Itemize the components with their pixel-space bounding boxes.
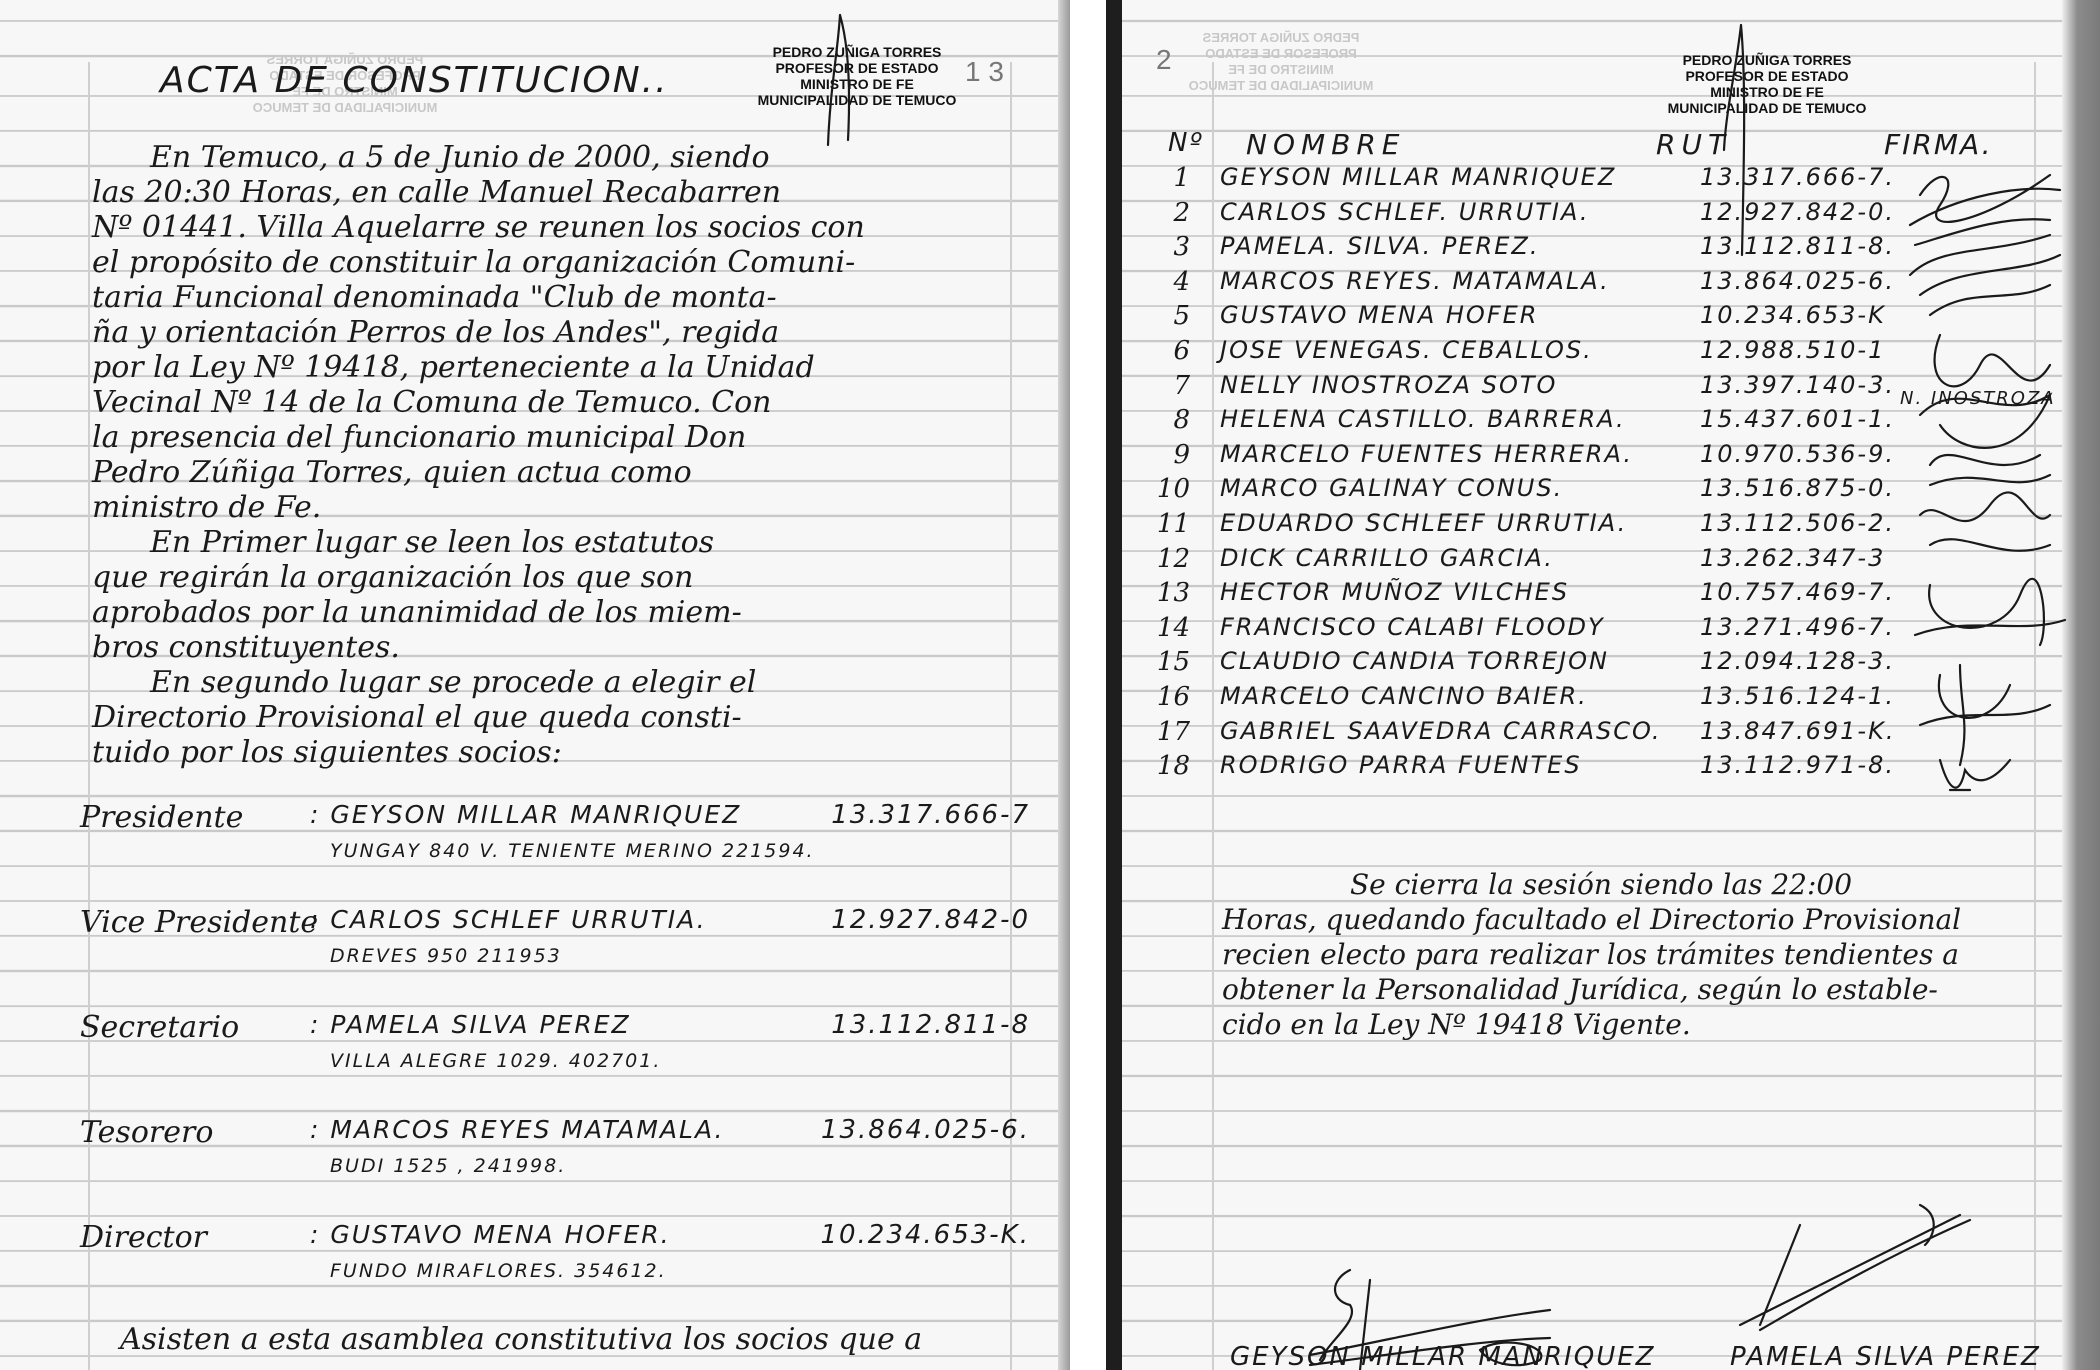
officer-address: DREVES 950 211953	[330, 945, 562, 967]
member-name: MARCO GALINAY CONUS.	[1220, 474, 1563, 502]
member-rut: 13.397.140-3.	[1700, 371, 1895, 399]
column-header-number: Nº	[1168, 128, 1204, 158]
member-rut: 13.271.496-7.	[1700, 613, 1895, 641]
signature-name-text: N. INOSTROZA	[1900, 388, 2056, 409]
paragraph-line: taria Funcional denominada "Club de mont…	[92, 280, 777, 315]
member-number: 4	[1140, 267, 1190, 297]
signature-pamela-silva	[1720, 1195, 1980, 1335]
stamp-line: PEDRO ZUÑIGA TORRES	[1652, 52, 1882, 68]
member-rut: 10.234.653-K	[1700, 301, 1886, 329]
member-name: GEYSON MILLAR MANRIQUEZ	[1220, 163, 1616, 191]
signatory-name: PAMELA SILVA PEREZ	[1730, 1342, 2041, 1370]
member-name: GUSTAVO MENA HOFER	[1220, 301, 1538, 329]
page-marks: 1 3	[965, 56, 1004, 88]
paragraph-line: Se cierra la sesión siendo las 22:00	[1350, 868, 1852, 901]
stamp-line: PROFESOR DE ESTADO	[1652, 68, 1882, 84]
paragraph-line: recien electo para realizar los trámites…	[1222, 938, 1959, 971]
member-number: 1	[1140, 163, 1190, 193]
paragraph-line: bros constituyentes.	[92, 630, 400, 665]
officer-rut: 13.864.025-6.	[821, 1115, 1030, 1145]
member-number: 6	[1140, 336, 1190, 366]
member-rut: 13.847.691-K.	[1700, 717, 1895, 745]
signatory-name: GEYSON MILLAR MANRIQUEZ	[1230, 1342, 1655, 1370]
paragraph-line: tuido por los siguientes socios:	[92, 735, 562, 770]
member-name: CARLOS SCHLEF. URRUTIA.	[1220, 198, 1590, 226]
member-rut: 10.970.536-9.	[1700, 440, 1895, 468]
member-number: 15	[1140, 647, 1190, 677]
officer-address: BUDI 1525 , 241998.	[330, 1155, 566, 1177]
column-header-signature: FIRMA.	[1884, 128, 1993, 161]
member-rut: 13.112.811-8.	[1700, 232, 1895, 260]
margin-line-right	[1010, 62, 1012, 1370]
member-name: HECTOR MUÑOZ VILCHES	[1220, 578, 1569, 606]
paragraph-line: por la Ley Nº 19418, perteneciente a la …	[92, 350, 815, 385]
member-rut: 13.516.124-1.	[1700, 682, 1895, 710]
officer-address: FUNDO MIRAFLORES. 354612.	[330, 1260, 667, 1282]
member-name: PAMELA. SILVA. PEREZ.	[1220, 232, 1539, 260]
paragraph-line: En segundo lugar se procede a elegir el	[150, 665, 756, 700]
member-name: MARCELO CANCINO BAIER.	[1220, 682, 1588, 710]
paragraph-line: Horas, quedando facultado el Directorio …	[1222, 903, 1961, 936]
member-name: MARCELO FUENTES HERRERA.	[1220, 440, 1633, 468]
closing-line: Asisten a esta asamblea constitutiva los…	[120, 1322, 922, 1357]
member-rut: 10.757.469-7.	[1700, 578, 1895, 606]
member-number: 17	[1140, 717, 1190, 747]
officer-role: Presidente	[80, 800, 243, 835]
paragraph-line: En Temuco, a 5 de Junio de 2000, siendo	[150, 140, 770, 175]
stamp-line: MUNICIPALIDAD DE TEMUCO	[1652, 100, 1882, 116]
paragraph-line: Pedro Zúñiga Torres, quien actua como	[92, 455, 692, 490]
member-rut: 13.516.875-0.	[1700, 474, 1895, 502]
officer-name: : GEYSON MILLAR MANRIQUEZ	[310, 800, 741, 829]
member-name: JOSE VENEGAS. CEBALLOS.	[1220, 336, 1593, 364]
officer-role: Tesorero	[80, 1115, 213, 1150]
officer-name: : CARLOS SCHLEF URRUTIA.	[310, 905, 707, 934]
member-number: 13	[1140, 578, 1190, 608]
member-number: 8	[1140, 405, 1190, 435]
member-name: GABRIEL SAAVEDRA CARRASCO.	[1220, 717, 1662, 745]
member-name: MARCOS REYES. MATAMALA.	[1220, 267, 1610, 295]
member-number: 16	[1140, 682, 1190, 712]
member-rut: 13.262.347-3	[1700, 544, 1885, 572]
member-rut: 13.864.025-6.	[1700, 267, 1895, 295]
member-name: DICK CARRILLO GARCIA.	[1220, 544, 1554, 572]
officer-name: : MARCOS REYES MATAMALA.	[310, 1115, 724, 1144]
officer-name: : GUSTAVO MENA HOFER.	[310, 1220, 671, 1249]
member-number: 18	[1140, 751, 1190, 781]
page-gap	[1070, 0, 1106, 1370]
member-rut: 13.317.666-7.	[1700, 163, 1895, 191]
paragraph-line: cido en la Ley Nº 19418 Vigente.	[1222, 1008, 1691, 1041]
member-rut: 12.927.842-0.	[1700, 198, 1895, 226]
member-number: 10	[1140, 474, 1190, 504]
member-name: NELLY INOSTROZA SOTO	[1220, 371, 1557, 399]
stamp-line: MINISTRO DE FE	[1652, 84, 1882, 100]
stamp-signature-mark	[810, 10, 870, 150]
member-rut: 12.988.510-1	[1700, 336, 1885, 364]
column-header-name: NOMBRE	[1246, 128, 1406, 161]
member-signatures	[1900, 165, 2070, 785]
member-rut: 13.112.506-2.	[1700, 509, 1895, 537]
left-notebook-page: PEDRO ZUÑIGA TORRESPROFESOR DE ESTADOMIN…	[0, 0, 1070, 1370]
member-number: 11	[1140, 509, 1190, 539]
officer-name: : PAMELA SILVA PEREZ	[310, 1010, 631, 1039]
member-rut: 12.094.128-3.	[1700, 647, 1895, 675]
paragraph-line: obtener la Personalidad Jurídica, según …	[1222, 973, 1938, 1006]
document-title: ACTA DE CONSTITUCION..	[160, 60, 669, 101]
member-rut: 13.112.971-8.	[1700, 751, 1895, 779]
page-edge	[1106, 0, 1122, 1370]
officer-role: Secretario	[80, 1010, 239, 1045]
member-number: 9	[1140, 440, 1190, 470]
officer-rut: 10.234.653-K.	[820, 1220, 1030, 1250]
paragraph-line: Directorio Provisional el que queda cons…	[92, 700, 742, 735]
page-number: 2	[1156, 44, 1172, 76]
page-edge	[1058, 0, 1070, 1370]
column-header-rut: RUT	[1656, 128, 1731, 161]
officer-rut: 12.927.842-0	[831, 905, 1030, 935]
member-name: CLAUDIO CANDIA TORREJON	[1220, 647, 1609, 675]
paragraph-line: que regirán la organización los que son	[92, 560, 693, 595]
paragraph-line: el propósito de constituir la organizaci…	[92, 245, 855, 280]
officer-rut: 13.317.666-7	[831, 800, 1030, 830]
margin-line	[88, 62, 90, 1370]
paragraph-line: En Primer lugar se leen los estatutos	[150, 525, 714, 560]
officer-role: Vice Presidente	[80, 905, 318, 940]
member-name: EDUARDO SCHLEEF URRUTIA.	[1220, 509, 1627, 537]
member-rut: 15.437.601-1.	[1700, 405, 1895, 433]
paragraph-line: ministro de Fe.	[92, 490, 321, 525]
paragraph-line: ña y orientación Perros de los Andes", r…	[92, 315, 779, 350]
paragraph-line: Vecinal Nº 14 de la Comuna de Temuco. Co…	[92, 385, 771, 420]
member-name: FRANCISCO CALABI FLOODY	[1220, 613, 1605, 641]
member-name: RODRIGO PARRA FUENTES	[1220, 751, 1582, 779]
paragraph-line: aprobados por la unanimidad de los miem-	[92, 595, 742, 630]
stamp-bleedthrough: PEDRO ZUÑIGA TORRESPROFESOR DE ESTADOMIN…	[1176, 30, 1386, 94]
member-name: HELENA CASTILLO. BARRERA.	[1220, 405, 1626, 433]
member-number: 2	[1140, 198, 1190, 228]
officer-address: YUNGAY 840 V. TENIENTE MERINO 221594.	[330, 840, 815, 862]
member-number: 5	[1140, 301, 1190, 331]
member-number: 14	[1140, 613, 1190, 643]
paragraph-line: Nº 01441. Villa Aquelarre se reunen los …	[92, 210, 865, 245]
paragraph-line: las 20:30 Horas, en calle Manuel Recabar…	[92, 175, 781, 210]
member-number: 3	[1140, 232, 1190, 262]
signature-rodrigo-parra	[1930, 745, 2020, 805]
officer-rut: 13.112.811-8	[831, 1010, 1030, 1040]
paragraph-line: la presencia del funcionario municipal D…	[92, 420, 746, 455]
officer-role: Director	[80, 1220, 207, 1255]
member-number: 12	[1140, 544, 1190, 574]
official-stamp: PEDRO ZUÑIGA TORRES PROFESOR DE ESTADO M…	[1652, 52, 1882, 116]
officer-address: VILLA ALEGRE 1029. 402701.	[330, 1050, 661, 1072]
member-number: 7	[1140, 371, 1190, 401]
